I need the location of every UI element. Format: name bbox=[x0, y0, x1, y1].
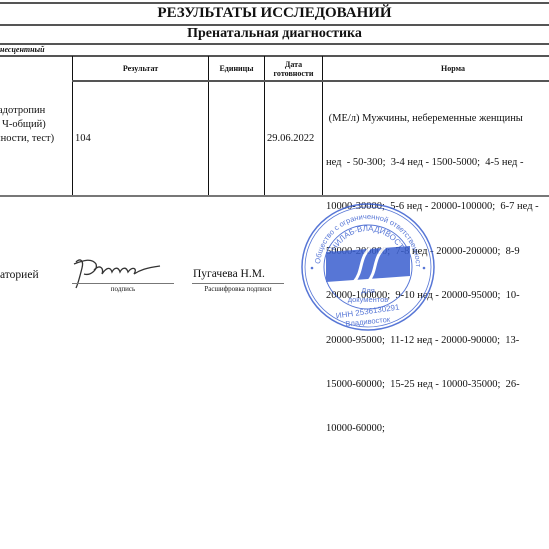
test-name: адотропин Ч-общий) нности, тест) bbox=[0, 104, 72, 146]
norm-line: нед - 50-300; 3-4 нед - 1500-5000; 4-5 н… bbox=[326, 156, 549, 171]
signature-line bbox=[72, 283, 174, 284]
signature-caption: подпись bbox=[72, 285, 174, 293]
top-rule bbox=[0, 2, 549, 4]
company-stamp-icon: Общество с ограниченной ответственностью… bbox=[298, 200, 438, 334]
test-name-line: Ч-общий) bbox=[2, 118, 72, 132]
header-date-line1: Дата bbox=[285, 60, 302, 69]
test-name-line: нности, тест) bbox=[0, 132, 72, 146]
test-name-line: адотропин bbox=[0, 104, 72, 118]
norm-line: 15000-60000; 15-25 нед - 10000-35000; 26… bbox=[326, 378, 549, 393]
document-title: РЕЗУЛЬТАТЫ ИССЛЕДОВАНИЙ bbox=[0, 5, 549, 22]
signer-role: аторией bbox=[0, 269, 39, 281]
date-value: 29.06.2022 bbox=[267, 132, 314, 146]
name-line bbox=[192, 283, 284, 284]
stamp-purpose-line2: документов bbox=[348, 295, 389, 304]
stamp-purpose-line1: Для bbox=[361, 286, 375, 295]
name-caption: Расшифровка подписи bbox=[192, 285, 284, 293]
section-label: несцентный bbox=[0, 45, 45, 54]
document-subtitle: Пренатальная диагностика bbox=[0, 26, 549, 42]
result-value: 104 bbox=[75, 132, 91, 146]
norm-line: 10000-60000; bbox=[326, 422, 549, 437]
subtitle-rule bbox=[0, 43, 549, 45]
norm-line: 20000-95000; 11-12 нед - 20000-90000; 13… bbox=[326, 334, 549, 349]
table-bottom-rule bbox=[0, 195, 549, 197]
norm-line: (МЕ/л) Мужчины, небеременные женщины bbox=[326, 112, 549, 127]
header-result: Результат bbox=[73, 57, 208, 81]
header-date: Дата готовности bbox=[265, 57, 322, 81]
header-units: Единицы bbox=[209, 57, 264, 81]
header-date-line2: готовности bbox=[274, 69, 314, 78]
header-norm: Норма bbox=[323, 57, 549, 81]
signer-name: Пугачева Н.М. bbox=[193, 268, 265, 280]
